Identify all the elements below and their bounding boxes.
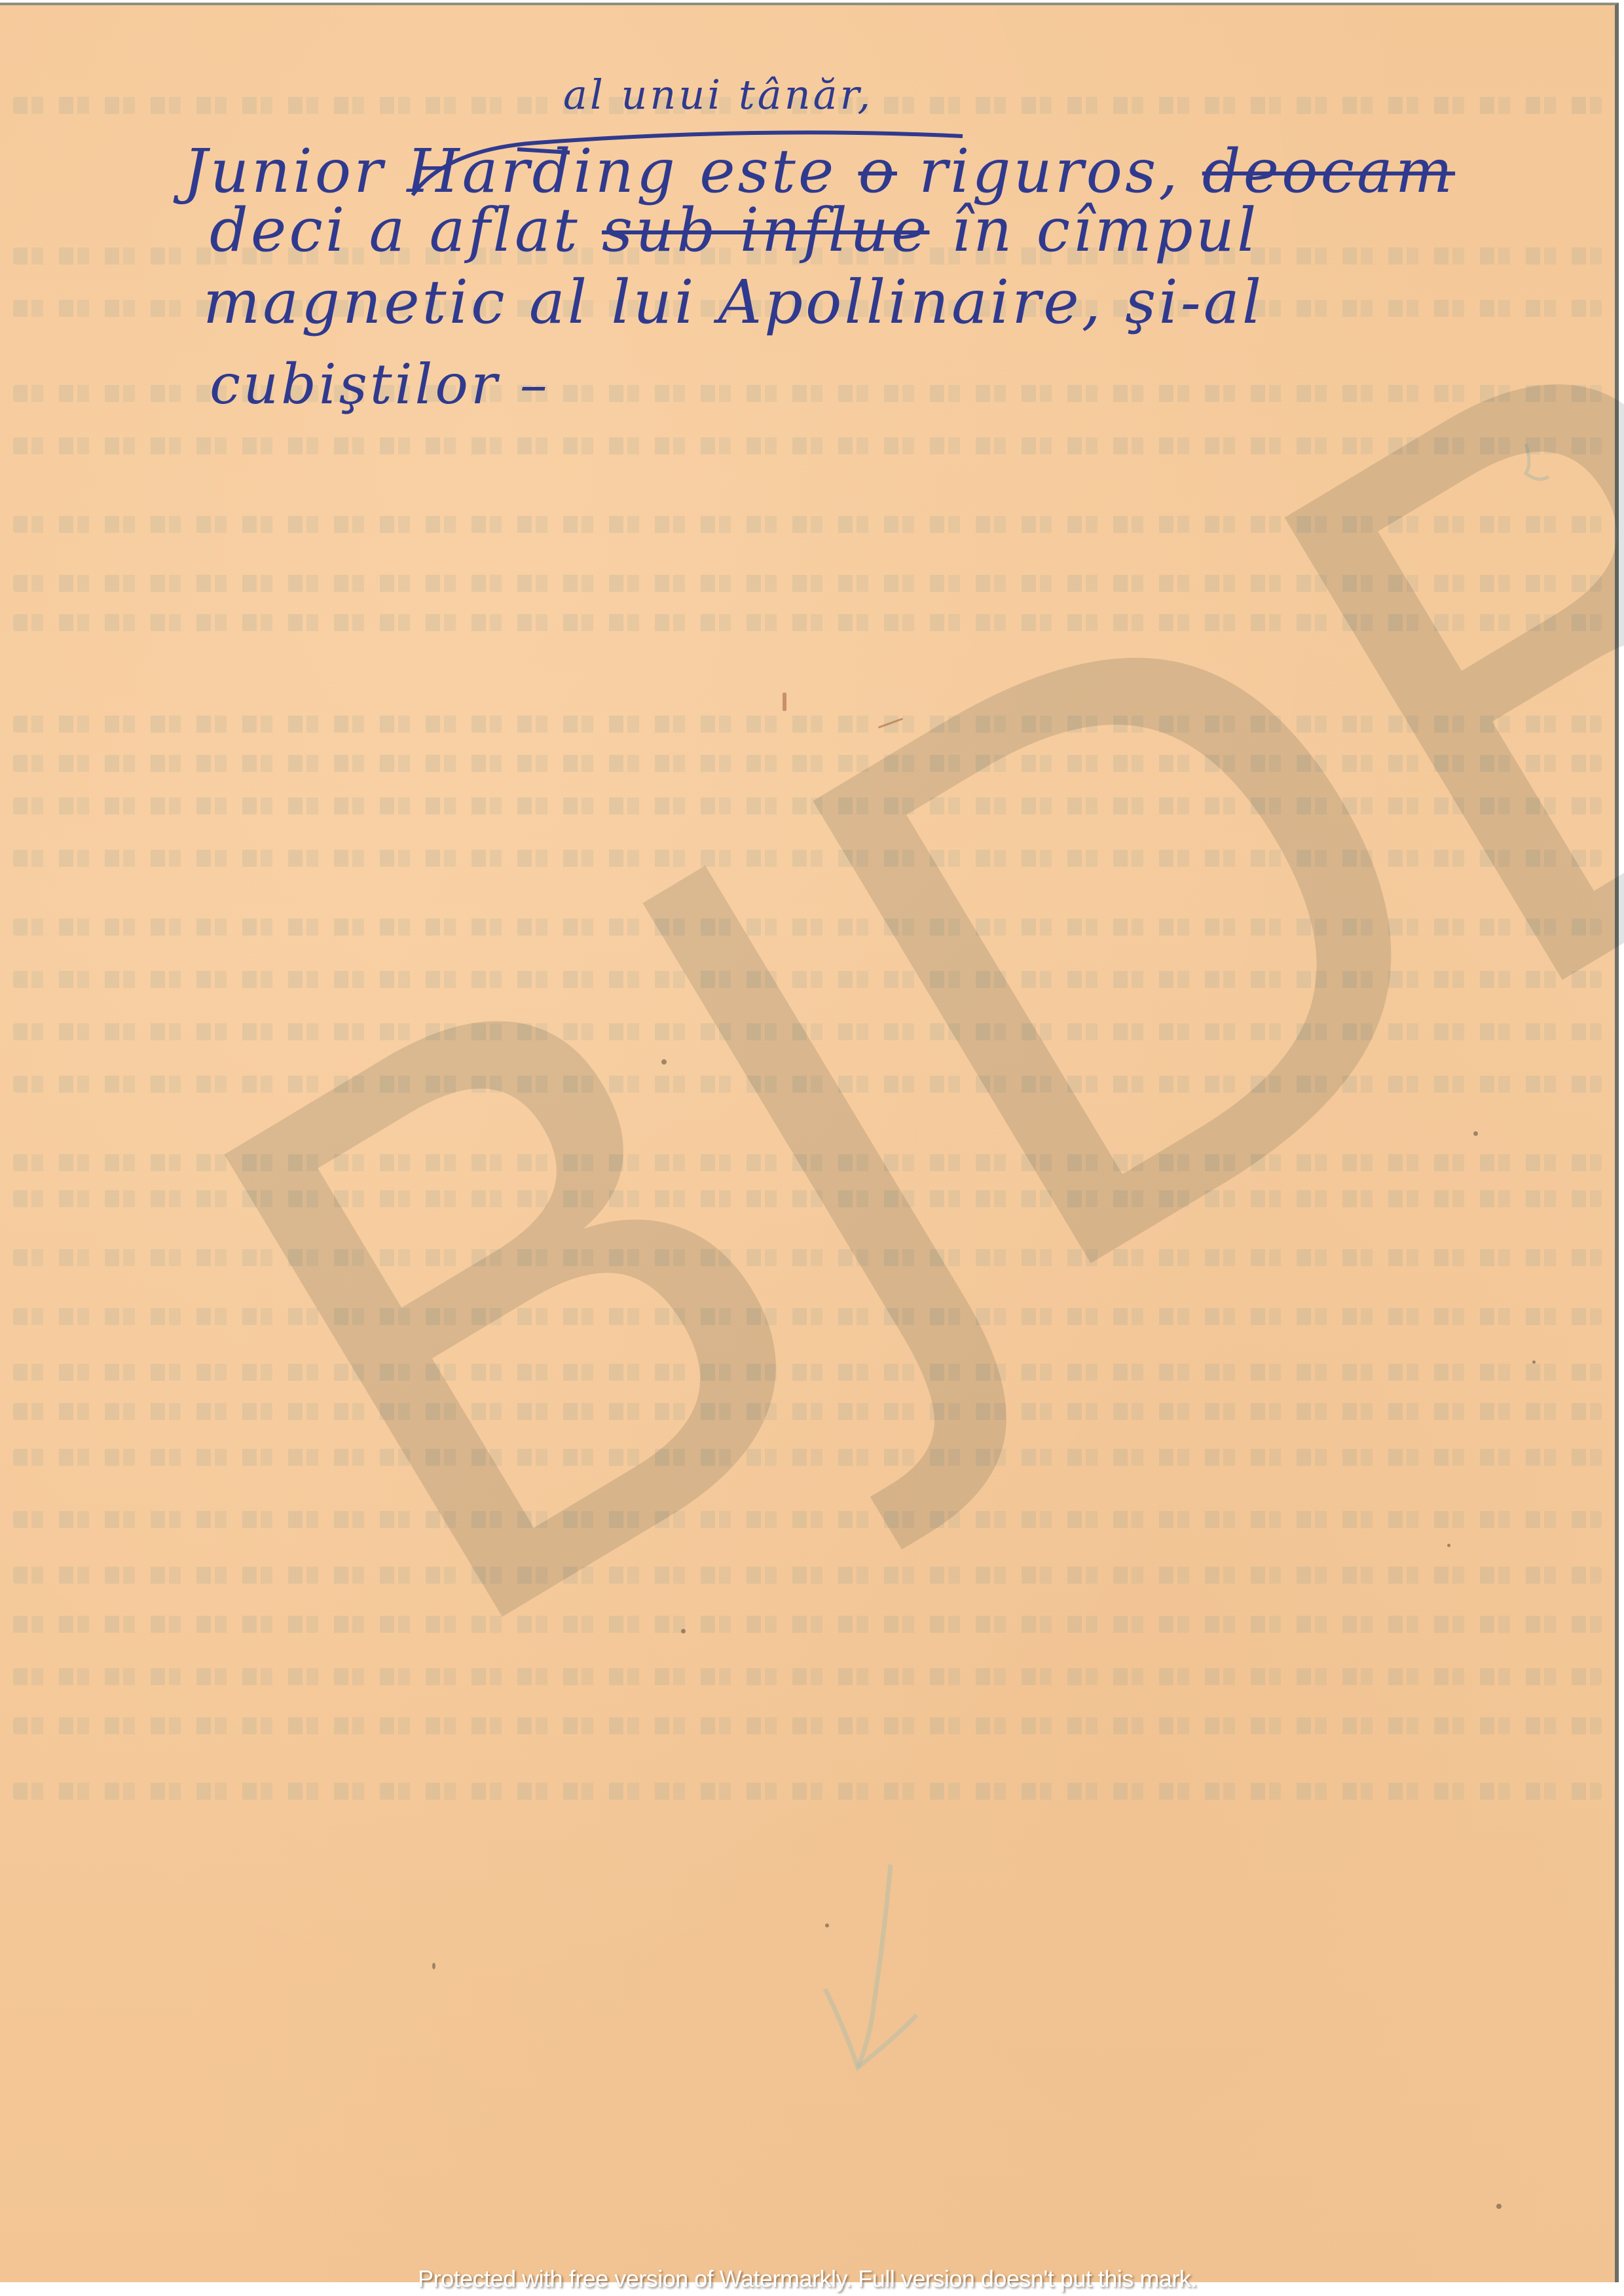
pencil-arrow-bleed <box>819 1858 936 2081</box>
text-segment: deci a aflat <box>210 195 602 265</box>
paper-speck <box>1447 1544 1450 1547</box>
handwritten-insertion: al unui tânăr, <box>563 71 873 118</box>
bleed-through-line <box>13 1668 1602 1685</box>
paper-speck <box>1532 1360 1536 1364</box>
struck-text-segment: sub influe <box>602 195 929 265</box>
bleed-through-line <box>13 1783 1602 1800</box>
handwritten-line-4: cubiştilor – <box>210 352 550 416</box>
scan-frame: BJDB al unui tânăr, Junior Harding este … <box>0 0 1624 2296</box>
handwritten-line-2: deci a aflat sub influe în cîmpul <box>210 195 1259 265</box>
watermarkly-banner: Protected with free version of Watermark… <box>0 2265 1615 2293</box>
paper-speck <box>1496 2204 1502 2209</box>
paper-page: BJDB al unui tânăr, Junior Harding este … <box>0 3 1619 2282</box>
text-segment: cubiştilor – <box>210 352 550 416</box>
bleed-through-line <box>13 1717 1602 1734</box>
paper-speck <box>432 1963 435 1969</box>
text-segment: magnetic al lui Apollinaire, şi-al <box>203 267 1264 337</box>
handwritten-line-3: magnetic al lui Apollinaire, şi-al <box>203 267 1264 337</box>
handwritten-note: al unui tânăr, Junior Harding este o rig… <box>0 5 1624 464</box>
text-segment: în cîmpul <box>929 195 1259 265</box>
